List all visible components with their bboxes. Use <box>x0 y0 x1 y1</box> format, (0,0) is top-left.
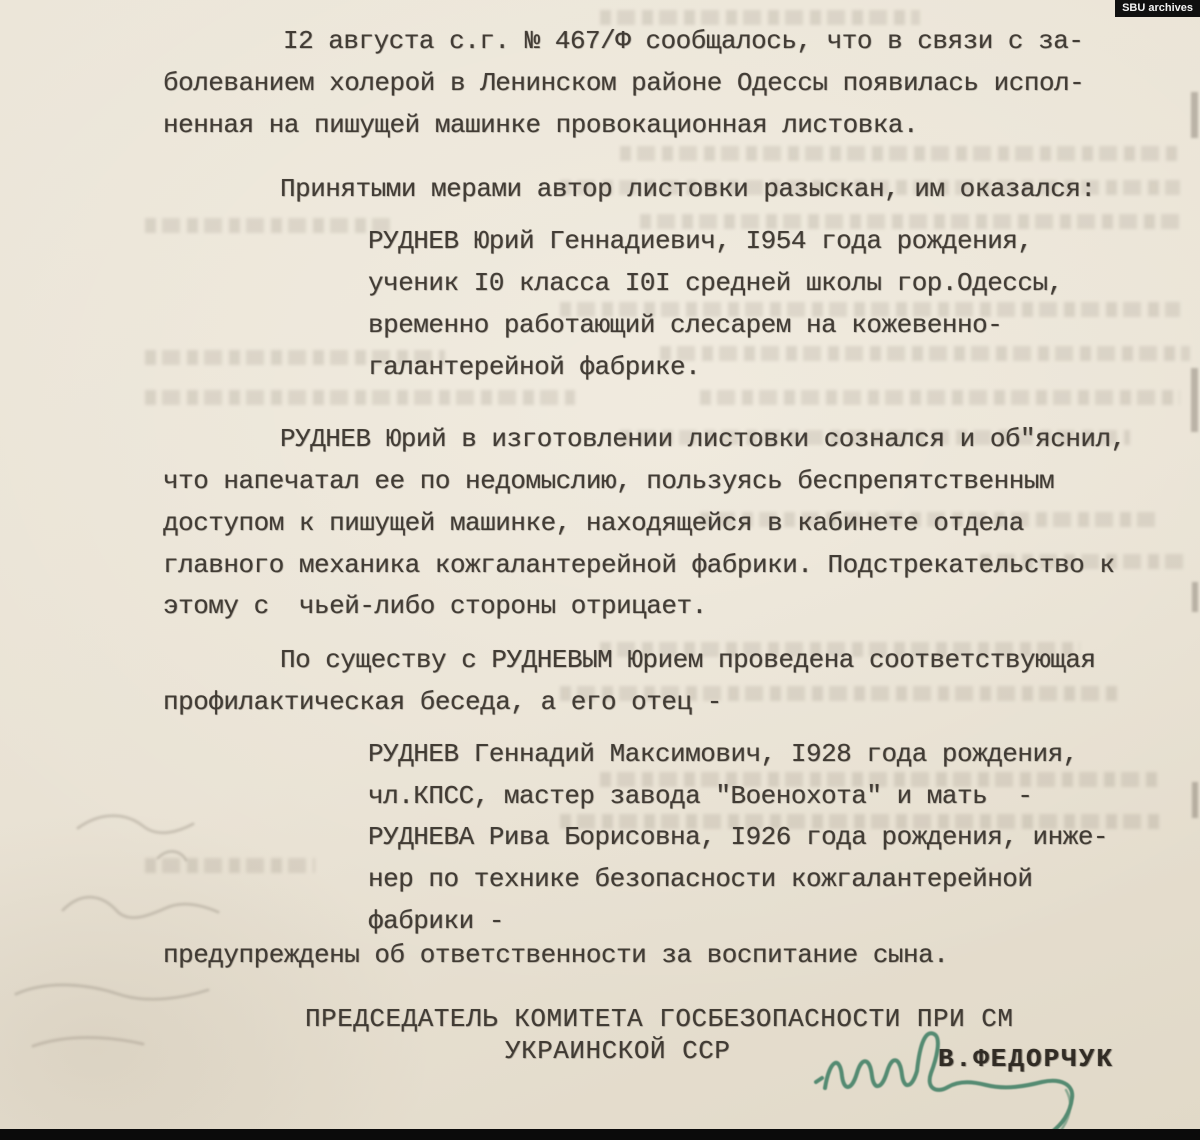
bleedthrough-smudge <box>660 346 1190 361</box>
document-line: болеванием холерой в Ленинском районе Од… <box>163 68 1084 98</box>
document-line: ненная на пишущей машинке провокационная… <box>163 110 918 140</box>
bleedthrough-smudge <box>600 10 920 25</box>
document-line: РУДНЕВ Юрий в изготовлении листовки созн… <box>280 424 1126 454</box>
document-line: предупреждены об ответственности за восп… <box>163 940 948 970</box>
document-line: профилактическая беседа, а его отец - <box>163 687 722 717</box>
document-line: что напечатал ее по недомыслию, пользуяс… <box>163 466 1054 496</box>
document-line: галантерейной фабрике. <box>368 352 700 382</box>
scan-edge-artifact <box>1191 368 1198 432</box>
document-line: временно работающий слесарем на кожевенн… <box>368 310 1002 340</box>
document-line: чл.КПСС, мастер завода "Военохота" и мат… <box>368 781 1033 811</box>
document-line: главного механика кожгалантерейной фабри… <box>163 550 1114 580</box>
signature-title-line: УКРАИНСКОЙ ССР <box>505 1036 730 1066</box>
document-line: Принятыми мерами автор листовки разыскан… <box>280 174 1096 204</box>
bleedthrough-smudge <box>620 146 1180 161</box>
document-line: фабрики - <box>368 906 504 936</box>
scan-edge-artifact <box>1192 582 1198 612</box>
signature-ink <box>780 1018 1120 1140</box>
bleedthrough-smudge <box>145 218 395 233</box>
bleedthrough-smudge <box>145 390 575 405</box>
document-line: нер по технике безопасности кожгалантере… <box>368 864 1033 894</box>
document-page: I2 августа с.г. № 467/Ф сообщалось, что … <box>0 0 1200 1140</box>
document-line: доступом к пишущей машинке, находящейся … <box>163 508 1024 538</box>
document-line: РУДНЕВ Юрий Геннадиевич, I954 года рожде… <box>368 226 1033 256</box>
archive-watermark: SBU archives <box>1115 0 1200 17</box>
document-line: этому с чьей-либо стороны отрицает. <box>163 591 707 621</box>
document-line: ученик I0 класса I0I средней школы гор.О… <box>368 268 1063 298</box>
scan-edge-artifact <box>1191 92 1198 138</box>
scan-edge-bar <box>0 1129 1200 1140</box>
document-line: РУДНЕВА Рива Борисовна, I926 года рожден… <box>368 822 1108 852</box>
document-line: I2 августа с.г. № 467/Ф сообщалось, что … <box>283 26 1083 56</box>
scan-edge-artifact <box>1192 782 1198 818</box>
bleedthrough-smudge <box>700 390 1180 405</box>
document-line: РУДНЕВ Геннадий Максимович, I928 года ро… <box>368 739 1078 769</box>
document-line: По существу с РУДНЕВЫМ Юрием проведена с… <box>280 645 1096 675</box>
